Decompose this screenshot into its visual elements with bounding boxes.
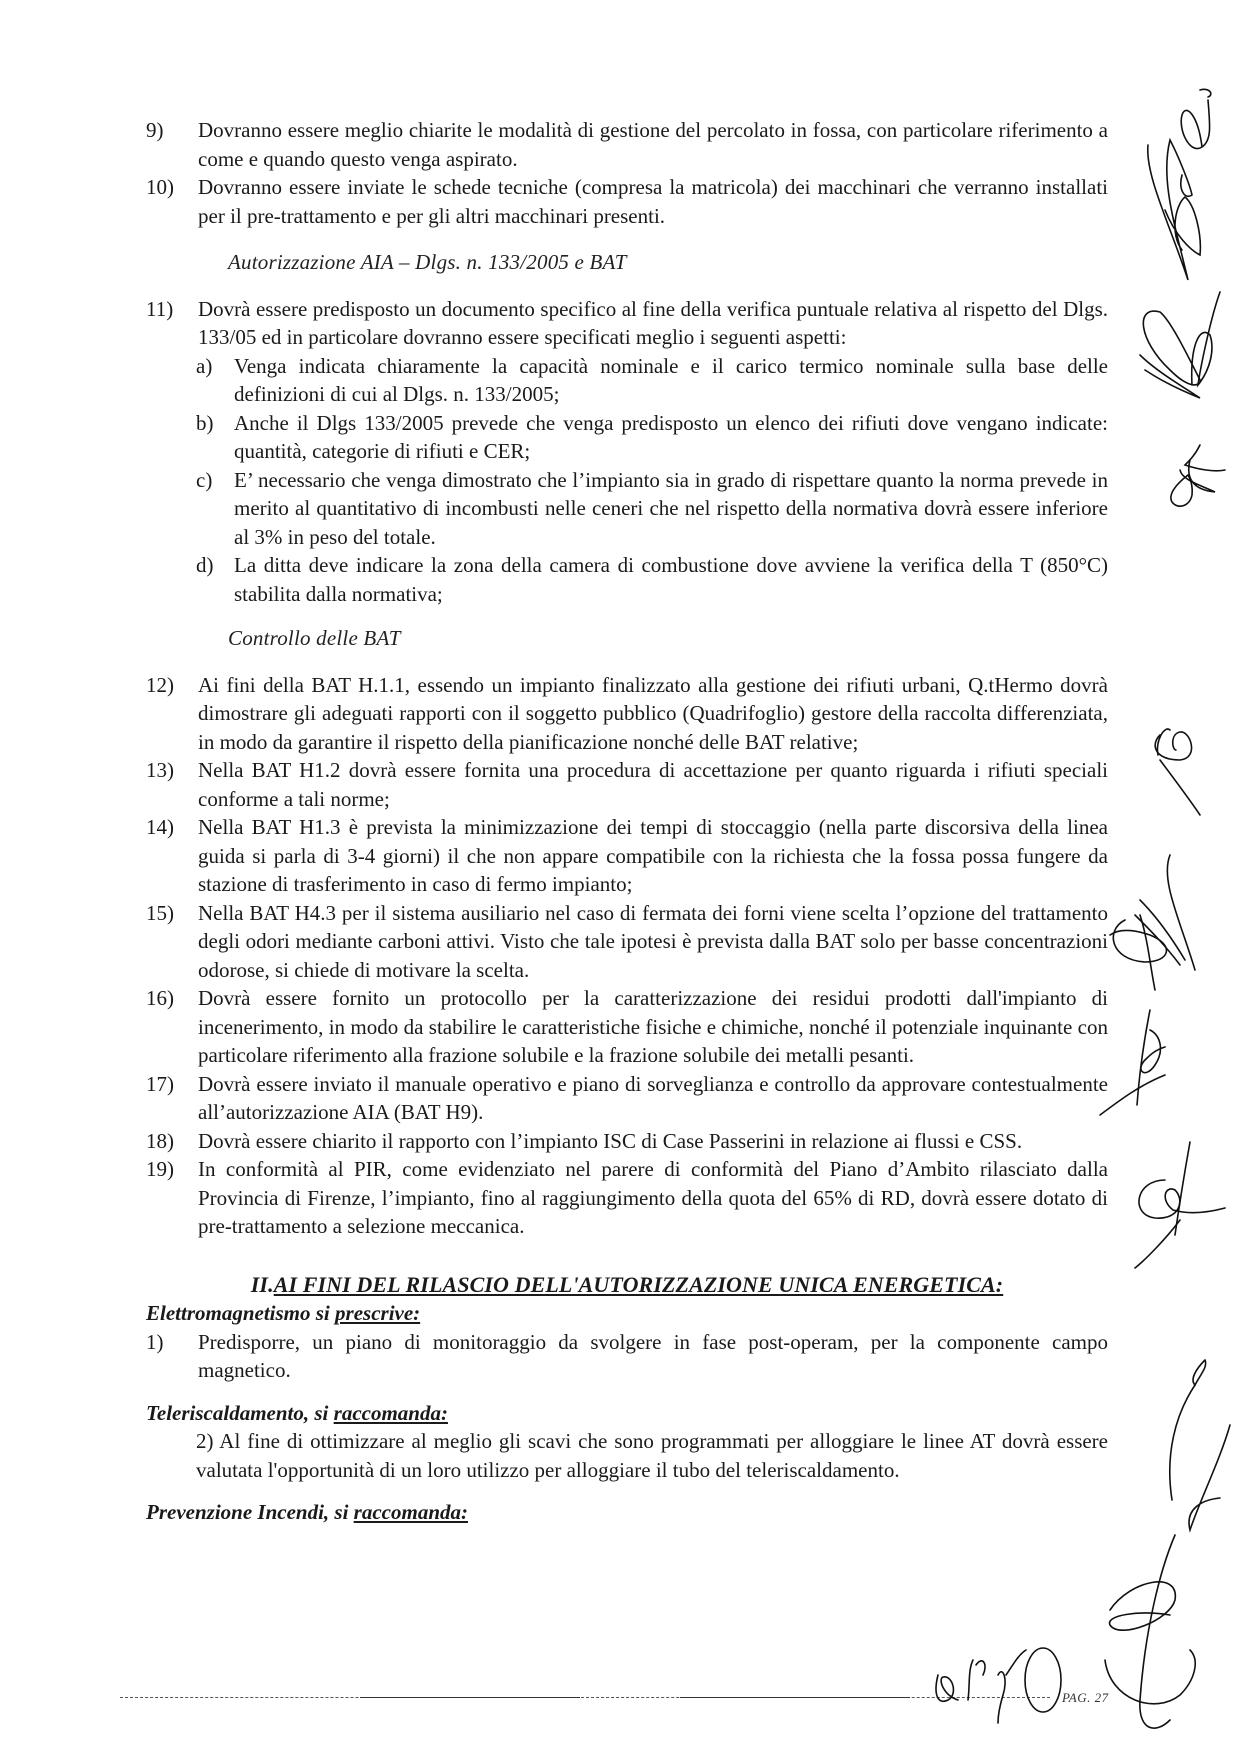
- item-text: Dovranno essere meglio chiarite le modal…: [198, 118, 1108, 171]
- list-item-11: 11) Dovrà essere predisposto un document…: [146, 295, 1108, 352]
- item-text: Predisporre, un piano di monitoraggio da…: [198, 1330, 1108, 1383]
- item-text: Nella BAT H4.3 per il sistema ausiliario…: [198, 901, 1108, 982]
- sub-item-a: a) Venga indicata chiaramente la capacit…: [146, 352, 1108, 409]
- item-number: 19): [146, 1155, 198, 1184]
- list-item-15: 15) Nella BAT H4.3 per il sistema ausili…: [146, 899, 1108, 985]
- list-item-10: 10) Dovranno essere inviate le schede te…: [146, 173, 1108, 230]
- heading-underlined: prescrive:: [335, 1301, 420, 1325]
- item-text: Dovranno essere inviate le schede tecnic…: [198, 175, 1108, 228]
- item-number: 11): [146, 295, 198, 324]
- list-item-14: 14) Nella BAT H1.3 è prevista la minimiz…: [146, 813, 1108, 899]
- signature-icon-10: [1100, 1530, 1220, 1740]
- heading-text: Teleriscaldamento, si: [146, 1401, 334, 1425]
- signature-initials-icon: [928, 1645, 1068, 1725]
- signature-icon-2: [1130, 290, 1230, 420]
- section-title: II.AI FINI DEL RILASCIO DELL'AUTORIZZAZI…: [146, 1271, 1108, 1300]
- item-number: 17): [146, 1070, 198, 1099]
- text-column: 9) Dovranno essere meglio chiarite le mo…: [146, 116, 1108, 1527]
- item-number: 1): [146, 1328, 198, 1357]
- section-title-text: AI FINI DEL RILASCIO DELL'AUTORIZZAZIONE…: [274, 1272, 1004, 1297]
- list-item-17: 17) Dovrà essere inviato il manuale oper…: [146, 1070, 1108, 1127]
- item-text: Dovrà essere inviato il manuale operativ…: [198, 1072, 1108, 1125]
- subheading-bat: Controllo delle BAT: [146, 624, 1108, 653]
- signature-icon-3: [1160, 440, 1239, 520]
- sub-item-letter: d): [196, 551, 214, 580]
- sub-item-text: La ditta deve indicare la zona della cam…: [234, 553, 1108, 606]
- heading-underlined: raccomanda:: [354, 1500, 468, 1524]
- item-text: Nella BAT H1.2 dovrà essere fornita una …: [198, 758, 1108, 811]
- list-item-18: 18) Dovrà essere chiarito il rapporto co…: [146, 1127, 1108, 1156]
- heading-elettromagnetismo: Elettromagnetismo si prescrive:: [146, 1299, 1108, 1328]
- list-item-13: 13) Nella BAT H1.2 dovrà essere fornita …: [146, 756, 1108, 813]
- item-number: 16): [146, 984, 198, 1013]
- item-number: 15): [146, 899, 198, 928]
- signature-icon-6: [1095, 1005, 1195, 1115]
- heading-prevenzione-incendi: Prevenzione Incendi, si raccomanda:: [146, 1498, 1108, 1527]
- item-number: 9): [146, 116, 198, 145]
- signature-icon-9: [1160, 1420, 1239, 1540]
- sub-item-letter: c): [196, 466, 212, 495]
- list-item-16: 16) Dovrà essere fornito un protocollo p…: [146, 984, 1108, 1070]
- list-item-12: 12) Ai fini della BAT H.1.1, essendo un …: [146, 671, 1108, 757]
- document-page: 9) Dovranno essere meglio chiarite le mo…: [0, 0, 1239, 1753]
- sub-item-text: Venga indicata chiaramente la capacità n…: [234, 354, 1108, 407]
- list-item-9: 9) Dovranno essere meglio chiarite le mo…: [146, 116, 1108, 173]
- heading-text: Prevenzione Incendi, si: [146, 1500, 354, 1524]
- item-text: Ai fini della BAT H.1.1, essendo un impi…: [198, 673, 1108, 754]
- list-item-prescrive-1: 1) Predisporre, un piano di monitoraggio…: [146, 1328, 1108, 1385]
- list-item-19: 19) In conformità al PIR, come evidenzia…: [146, 1155, 1108, 1241]
- item-number: 10): [146, 173, 198, 202]
- item-number: 13): [146, 756, 198, 785]
- sub-item-letter: a): [196, 352, 212, 381]
- item-text: In conformità al PIR, come evidenziato n…: [198, 1157, 1108, 1238]
- subheading-aia: Autorizzazione AIA – Dlgs. n. 133/2005 e…: [146, 248, 1108, 277]
- item-number: 12): [146, 671, 198, 700]
- heading-underlined: raccomanda:: [334, 1401, 448, 1425]
- heading-teleriscaldamento: Teleriscaldamento, si raccomanda:: [146, 1399, 1108, 1428]
- signature-icon-7: [1095, 1140, 1235, 1270]
- signature-icon-4: [1140, 720, 1220, 830]
- item-text: Dovrà essere fornito un protocollo per l…: [198, 986, 1108, 1067]
- signature-icon-5: [1100, 850, 1220, 1000]
- item-text: Nella BAT H1.3 è prevista la minimizzazi…: [198, 815, 1108, 896]
- sub-item-b: b) Anche il Dlgs 133/2005 prevede che ve…: [146, 409, 1108, 466]
- sub-item-c: c) E’ necessario che venga dimostrato ch…: [146, 466, 1108, 552]
- item-number: 14): [146, 813, 198, 842]
- sub-item-letter: b): [196, 409, 214, 438]
- heading-text: Elettromagnetismo si: [146, 1301, 335, 1325]
- sub-item-text: E’ necessario che venga dimostrato che l…: [234, 468, 1108, 549]
- signature-icon-1: [1130, 85, 1230, 305]
- sub-item-d: d) La ditta deve indicare la zona della …: [146, 551, 1108, 608]
- footer-rule: [120, 1697, 1050, 1699]
- paragraph-teleriscaldamento: 2) Al fine di ottimizzare al meglio gli …: [146, 1427, 1108, 1484]
- item-text: Dovrà essere chiarito il rapporto con l’…: [198, 1129, 1022, 1153]
- section-prefix: II.: [251, 1272, 274, 1297]
- item-text: Dovrà essere predisposto un documento sp…: [198, 297, 1108, 350]
- item-number: 18): [146, 1127, 198, 1156]
- sub-item-text: Anche il Dlgs 133/2005 prevede che venga…: [234, 411, 1108, 464]
